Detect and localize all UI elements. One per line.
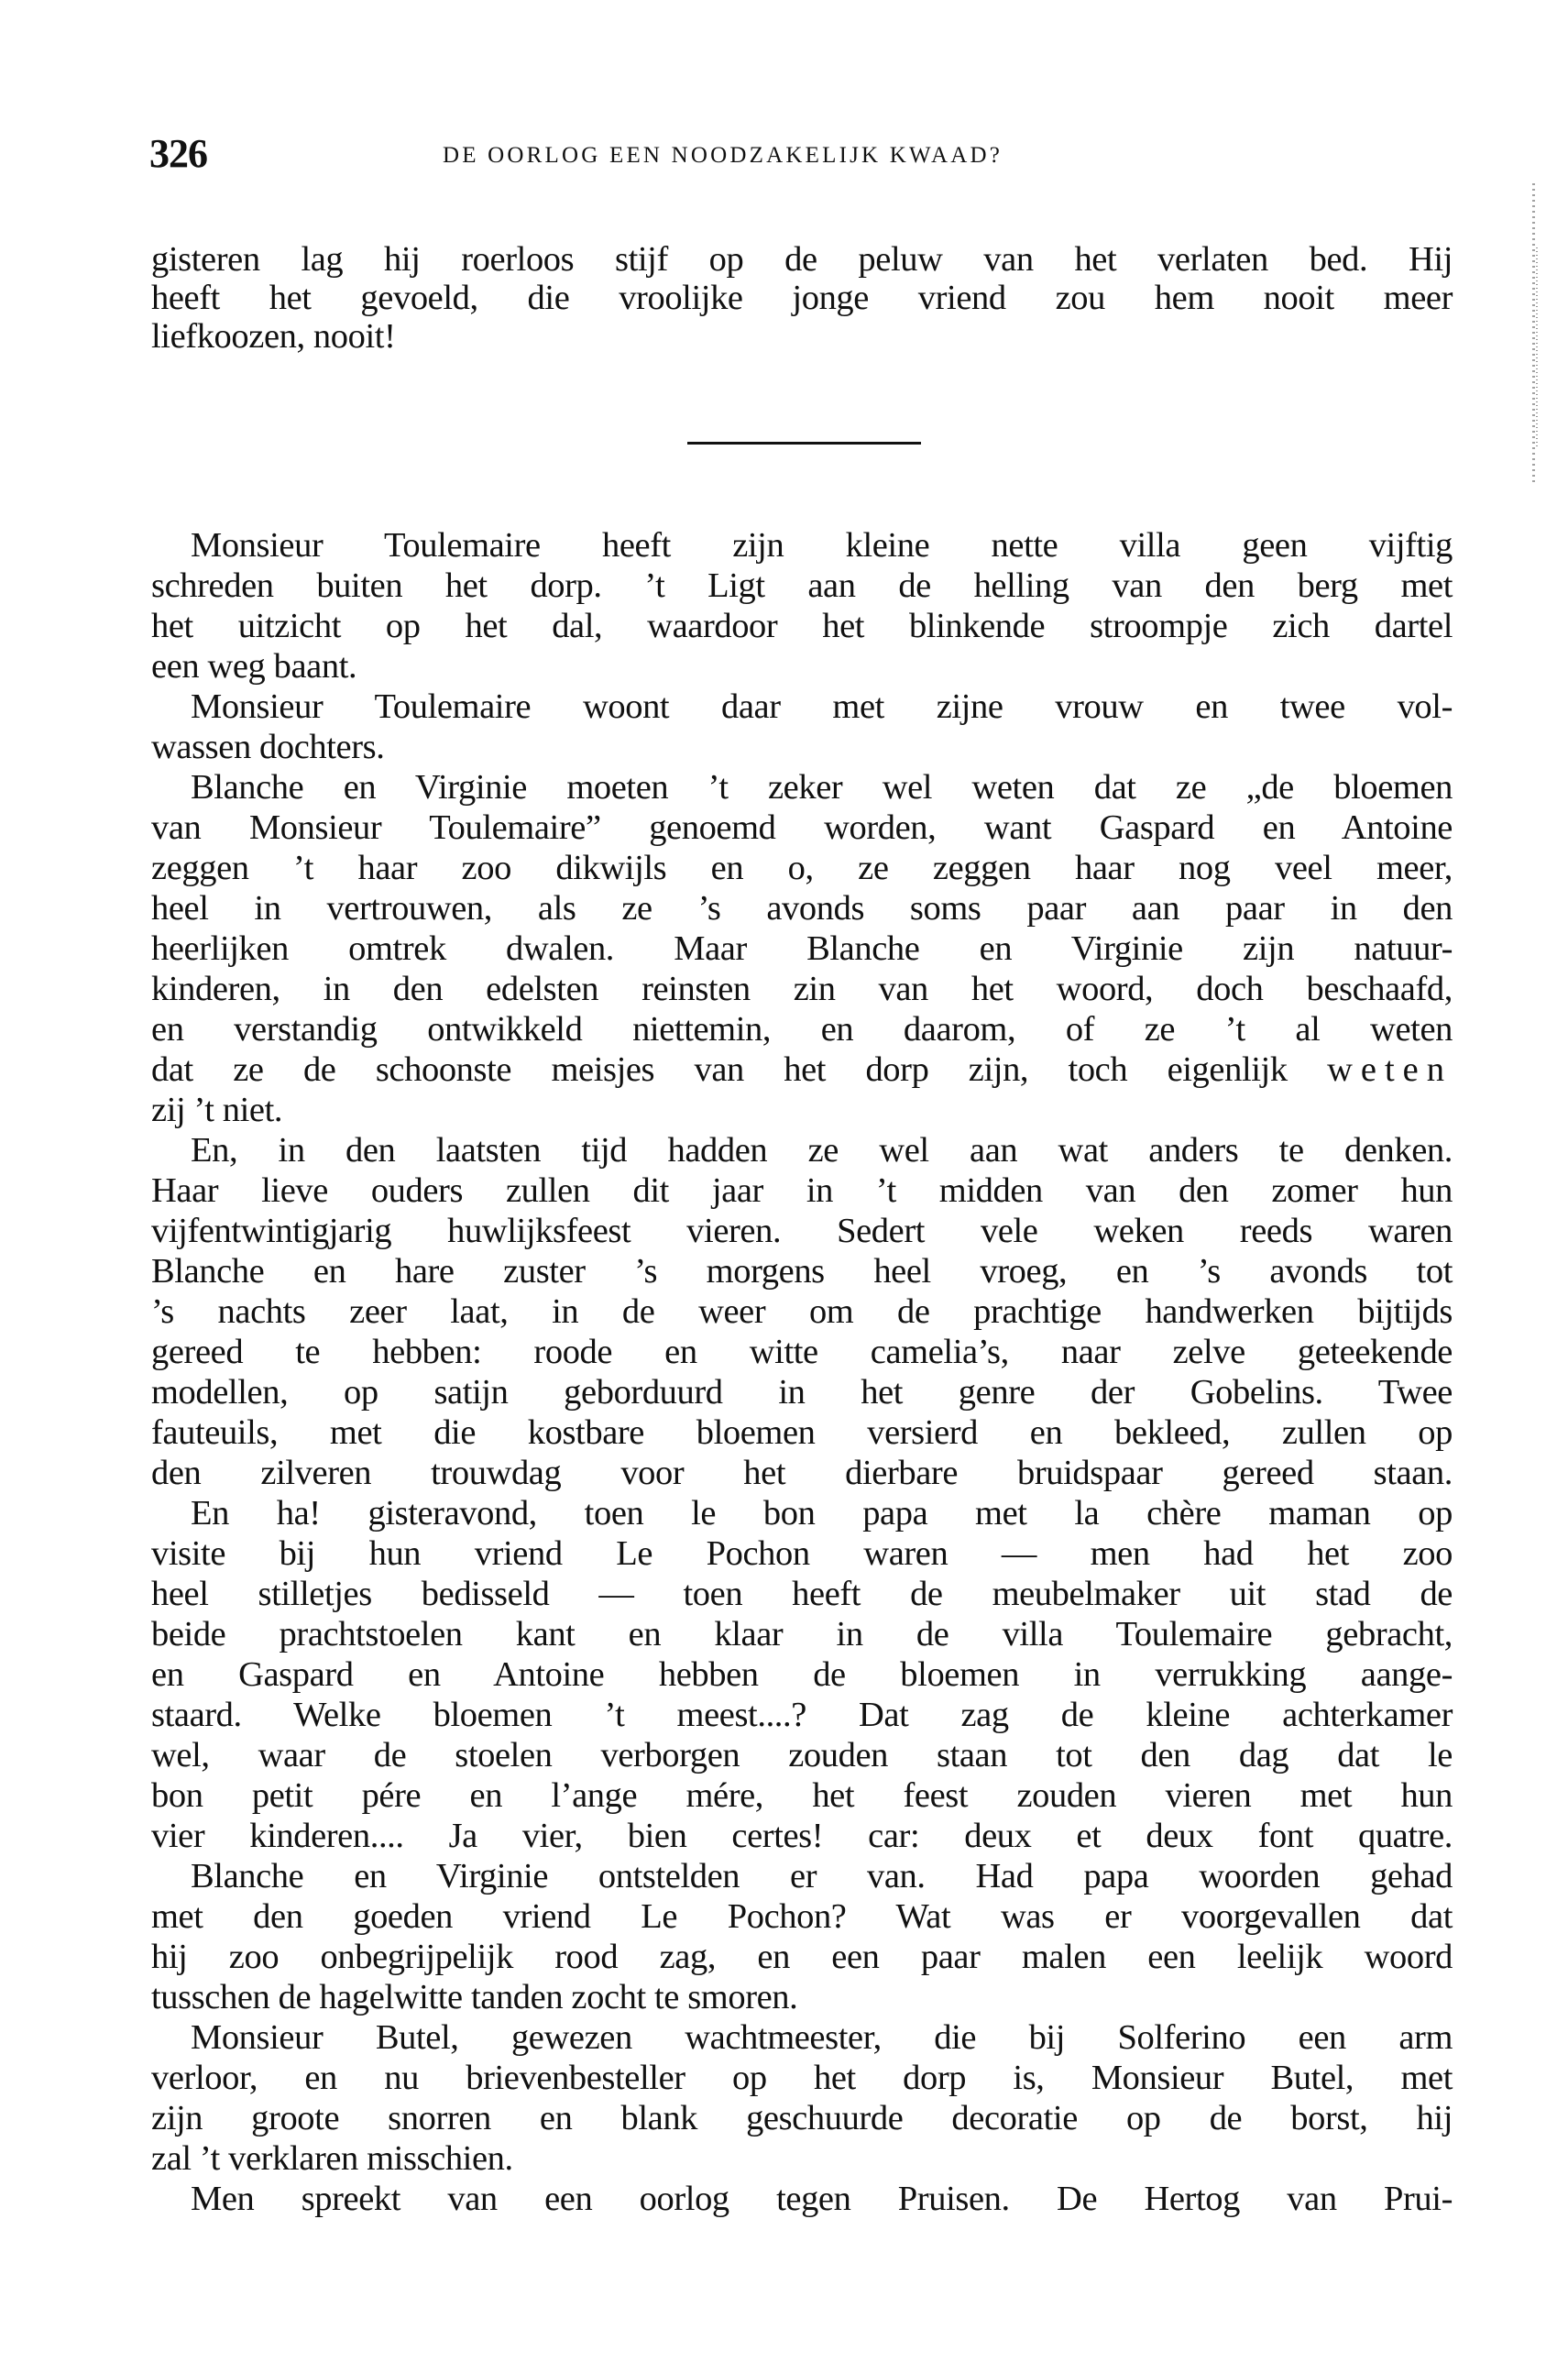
text-line: het uitzicht op het dal, waardoor het bl… (151, 606, 1453, 646)
scan-edge-artifact (1532, 183, 1535, 486)
text-line-with-emphasis: dat ze de schoonste meisjes van het dorp… (151, 1049, 1453, 1090)
section-body: Monsieur Toulemaire heeft zijn kleine ne… (151, 525, 1453, 2219)
text-line: Blanche en Virginie ontstelden er van. H… (151, 1856, 1453, 1896)
section-separator-rule (687, 442, 921, 445)
text-line: liefkoozen, nooit! (151, 317, 1453, 356)
text-line: En, in den laatsten tijd hadden ze wel a… (151, 1130, 1453, 1170)
text-line: den zilveren trouwdag voor het dierbare … (151, 1453, 1453, 1493)
text-line: van Monsieur Toulemaire” genoemd worden,… (151, 807, 1453, 848)
text-line: en verstandig ontwikkeld niettemin, en d… (151, 1009, 1453, 1049)
text-line: gereed te hebben: roode en witte camelia… (151, 1332, 1453, 1372)
text-line: verloor, en nu brievenbesteller op het d… (151, 2058, 1453, 2098)
paragraph-continued: gisteren lag hij roerloos stijf op de pe… (151, 240, 1453, 356)
scan-edge-artifact (1536, 247, 1538, 449)
text-line: modellen, op satijn geborduurd in het ge… (151, 1372, 1453, 1412)
text-line: Monsieur Butel, gewezen wachtmeester, di… (151, 2017, 1453, 2058)
text-line: Men spreekt van een oorlog tegen Pruisen… (151, 2179, 1453, 2219)
text-line: wassen dochters. (151, 727, 1453, 767)
text-line: heerlijken omtrek dwalen. Maar Blanche e… (151, 928, 1453, 969)
page-number: 326 (149, 130, 207, 178)
text-line: gisteren lag hij roerloos stijf op de pe… (151, 240, 1453, 279)
text-line: met den goeden vriend Le Pochon? Wat was… (151, 1896, 1453, 1937)
text-line: hij zoo onbegrijpelijk rood zag, en een … (151, 1937, 1453, 1977)
text-line: tusschen de hagelwitte tanden zocht te s… (151, 1977, 1453, 2017)
text-line: vier kinderen.... Ja vier, bien certes! … (151, 1816, 1453, 1856)
text-line: wel, waar de stoelen verborgen zouden st… (151, 1735, 1453, 1775)
text-segment: dat ze de schoonste meisjes van het dorp… (151, 1050, 1288, 1089)
text-line: Blanche en Virginie moeten ’t zeker wel … (151, 767, 1453, 807)
text-line: bon petit pére en l’ange mére, het feest… (151, 1775, 1453, 1816)
text-line: en Gaspard en Antoine hebben de bloemen … (151, 1654, 1453, 1695)
book-page: 326 De oorlog een noodzakelijk kwaad? gi… (0, 0, 1568, 2362)
running-title: De oorlog een noodzakelijk kwaad? (443, 137, 1176, 174)
text-line: Haar lieve ouders zullen dit jaar in ’t … (151, 1170, 1453, 1211)
text-line: schreden buiten het dorp. ’t Ligt aan de… (151, 566, 1453, 606)
emphasized-word: weten (1327, 1050, 1453, 1089)
text-line: een weg baant. (151, 646, 1453, 687)
text-line: vijfentwintigjarig huwlijksfeest vieren.… (151, 1211, 1453, 1251)
text-line: zeggen ’t haar zoo dikwijls en o, ze zeg… (151, 848, 1453, 888)
text-line: heel stilletjes bedisseld — toen heeft d… (151, 1574, 1453, 1614)
text-line: beide prachtstoelen kant en klaar in de … (151, 1614, 1453, 1654)
text-line: ’s nachts zeer laat, in de weer om de pr… (151, 1291, 1453, 1332)
text-line: zij ’t niet. (151, 1090, 1453, 1130)
text-line: fauteuils, met die kostbare bloemen vers… (151, 1412, 1453, 1453)
text-line: staard. Welke bloemen ’t meest....? Dat … (151, 1695, 1453, 1735)
text-line: visite bij hun vriend Le Pochon waren — … (151, 1533, 1453, 1574)
text-line: Blanche en hare zuster ’s morgens heel v… (151, 1251, 1453, 1291)
text-line: zijn groote snorren en blank geschuurde … (151, 2098, 1453, 2138)
text-line: zal ’t verklaren misschien. (151, 2138, 1453, 2179)
text-line: Monsieur Toulemaire heeft zijn kleine ne… (151, 525, 1453, 566)
text-line: heeft het gevoeld, die vroolijke jonge v… (151, 279, 1453, 317)
text-line: kinderen, in den edelsten reinsten zin v… (151, 969, 1453, 1009)
text-line: heel in vertrouwen, als ze ’s avonds som… (151, 888, 1453, 928)
text-line: Monsieur Toulemaire woont daar met zijne… (151, 687, 1453, 727)
text-line: En ha! gisteravond, toen le bon papa met… (151, 1493, 1453, 1533)
